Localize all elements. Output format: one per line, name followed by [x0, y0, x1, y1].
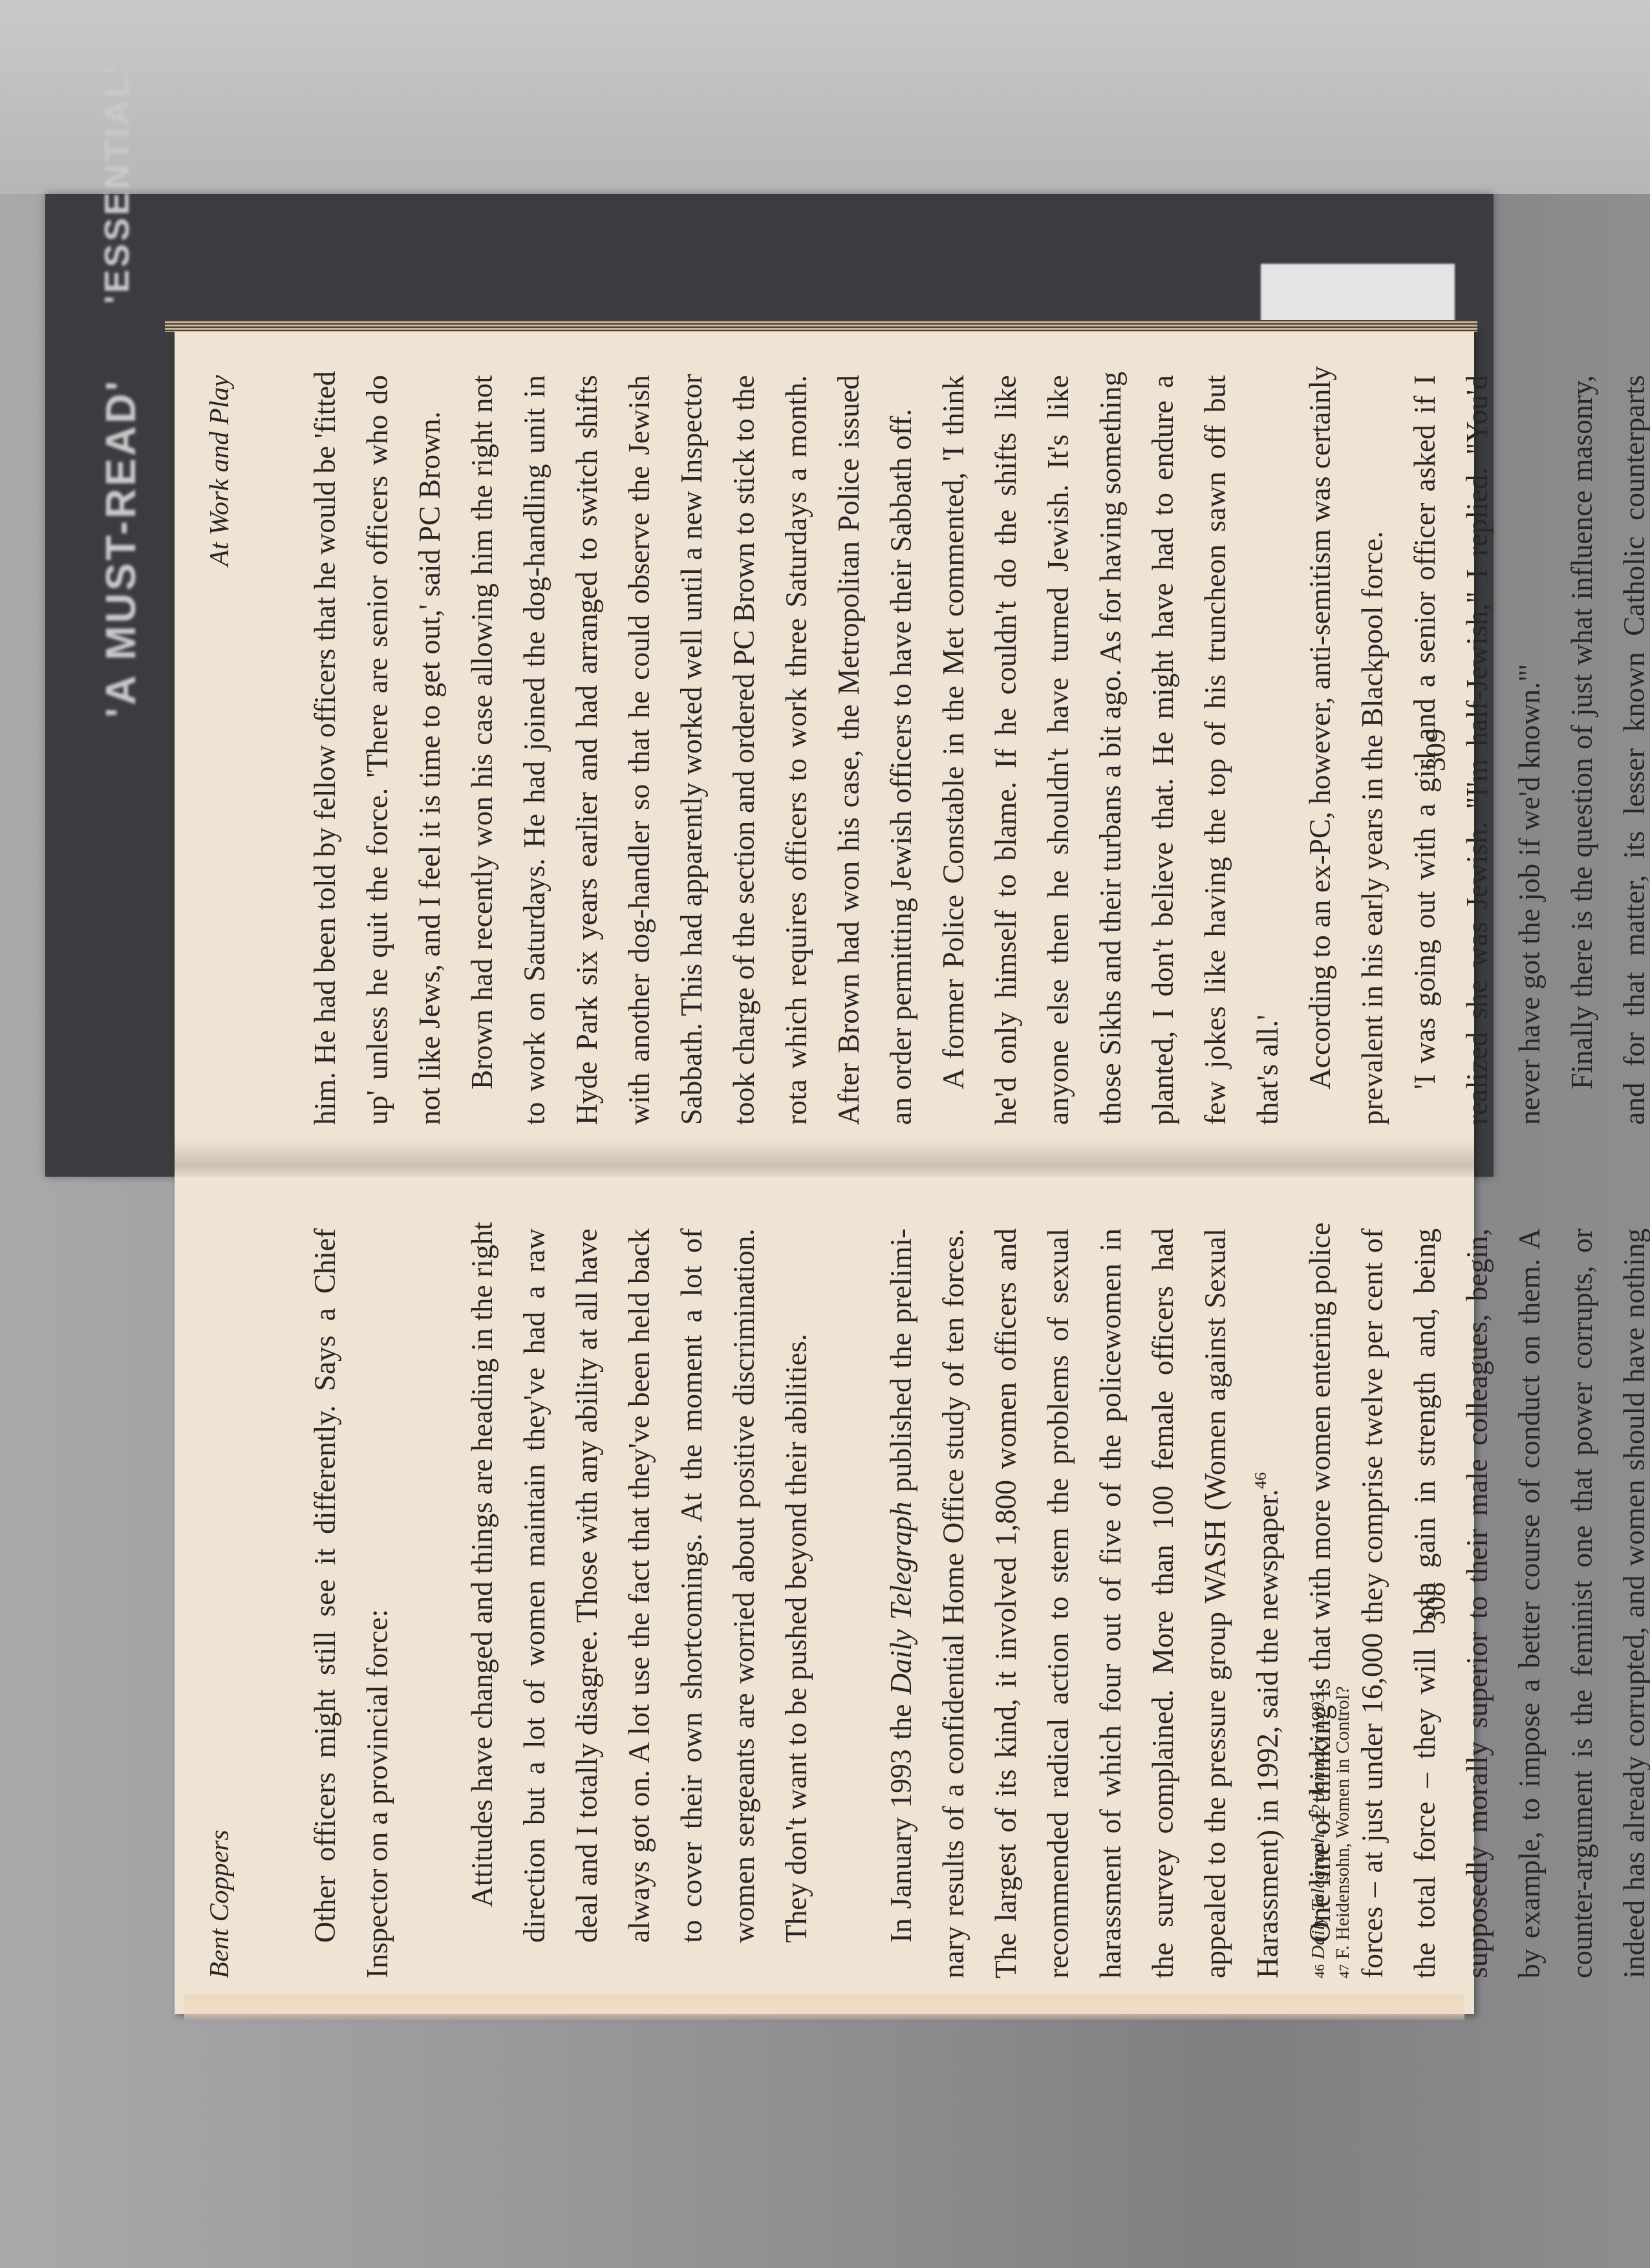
page-309: At Work and Play him. He had been told b… [194, 375, 1455, 1125]
text-line: Other officers might still see it differ… [299, 1228, 351, 1978]
text-line: he'd only himself to blame. If he couldn… [980, 375, 1032, 1125]
text-line: planted, I don't believe that. He might … [1137, 375, 1189, 1125]
page-edges-bottom [184, 1995, 1464, 2020]
text-line: The largest of its kind, it involved 1,8… [980, 1228, 1032, 1978]
text-line: with another dog-handler so that he coul… [613, 375, 665, 1125]
text-line: prevalent in his early years in the Blac… [1346, 375, 1398, 1125]
running-head: Bent Coppers [194, 1228, 246, 1978]
blank-line [822, 1228, 875, 1978]
text-line: Attitudes have changed and things are he… [456, 1228, 508, 1978]
text-line: Harassment) in 1992, said the newspaper.… [1241, 1228, 1294, 1978]
text-line: counter-argument is the feminist one tha… [1556, 1228, 1608, 1978]
text-line: by example, to impose a better course of… [1503, 1228, 1556, 1978]
text-line: After Brown had won his case, the Metrop… [822, 375, 875, 1125]
footnotes: 46 Daily Telegraph, 22 January 1993. 47 … [1306, 1686, 1355, 1978]
text-line: Finally there is the question of just wh… [1556, 375, 1608, 1125]
page-number: 309 [1409, 375, 1462, 1125]
footnote-47: 47 F. Heidensohn, Women in Control? [1331, 1686, 1355, 1978]
text-line: and for that matter, its lesser known Ca… [1608, 375, 1650, 1125]
text-line: direction but a lot of women maintain th… [508, 1228, 561, 1978]
running-head: At Work and Play [194, 375, 246, 1125]
cover-blurb-must-read: 'A MUST-READ' [97, 379, 145, 718]
footnote-46: 46 Daily Telegraph, 22 January 1993. [1306, 1686, 1331, 1978]
text-line: an order permitting Jewish officers to h… [875, 375, 927, 1125]
blank-line [403, 1228, 456, 1978]
text-line: Sabbath. This had apparently worked well… [665, 375, 718, 1125]
text-line: that's all.' [1241, 375, 1294, 1125]
text-line: indeed has already corrupted, and women … [1608, 1228, 1650, 1978]
text-line: nary results of a confidential Home Offi… [927, 1228, 980, 1978]
text-line: They don't want to be pushed beyond thei… [770, 1228, 822, 1978]
text-line: not like Jews, and I feel it is time to … [403, 375, 456, 1125]
text-line: to work on Saturdays. He had joined the … [508, 375, 561, 1125]
text-line: Brown had recently won his case allowing… [456, 375, 508, 1125]
text-line: appealed to the pressure group WASH (Wom… [1189, 1228, 1241, 1978]
text-line: deal and I totally disagree. Those with … [561, 1228, 613, 1978]
text-line: harassment of which four out of five of … [1084, 1228, 1137, 1978]
page-308: Bent Coppers Other officers might still … [194, 1228, 1455, 1978]
book-gutter [175, 1138, 1474, 1177]
page-number: 308 [1409, 1228, 1462, 1978]
text-line: up' unless he quit the force. 'There are… [351, 375, 403, 1125]
text-line: to cover their own shortcomings. At the … [665, 1228, 718, 1978]
text-line: those Sikhs and their turbans a bit ago.… [1084, 375, 1137, 1125]
text-line: never have got the job if we'd known."' [1503, 375, 1556, 1125]
text-line: the survey complained. More than 100 fem… [1137, 1228, 1189, 1978]
scanner-backdrop [0, 0, 1650, 194]
text-line: In January 1993 the Daily Telegraph publ… [875, 1228, 927, 1978]
cover-sticker [1261, 264, 1455, 328]
text-line: few jokes like having the top of his tru… [1189, 375, 1241, 1125]
text-line: A former Police Constable in the Met com… [927, 375, 980, 1125]
text-line: women sergeants are worried about positi… [718, 1228, 770, 1978]
text-line: recommended radical action to stem the p… [1032, 1228, 1084, 1978]
cover-blurb-essential: 'ESSENTIAL' [97, 63, 137, 304]
page-edges-top [165, 320, 1477, 332]
text-line: anyone else then he shouldn't have turne… [1032, 375, 1084, 1125]
text-line: According to an ex-PC, however, anti-sem… [1294, 375, 1346, 1125]
text-line: always got on. A lot use the fact that t… [613, 1228, 665, 1978]
text-line: him. He had been told by fellow officers… [299, 375, 351, 1125]
text-line: Inspector on a provincial force: [351, 1228, 403, 1978]
text-line: Hyde Park six years earlier and had arra… [561, 375, 613, 1125]
text-line: rota which requires officers to work thr… [770, 375, 822, 1125]
text-line: took charge of the section and ordered P… [718, 375, 770, 1125]
